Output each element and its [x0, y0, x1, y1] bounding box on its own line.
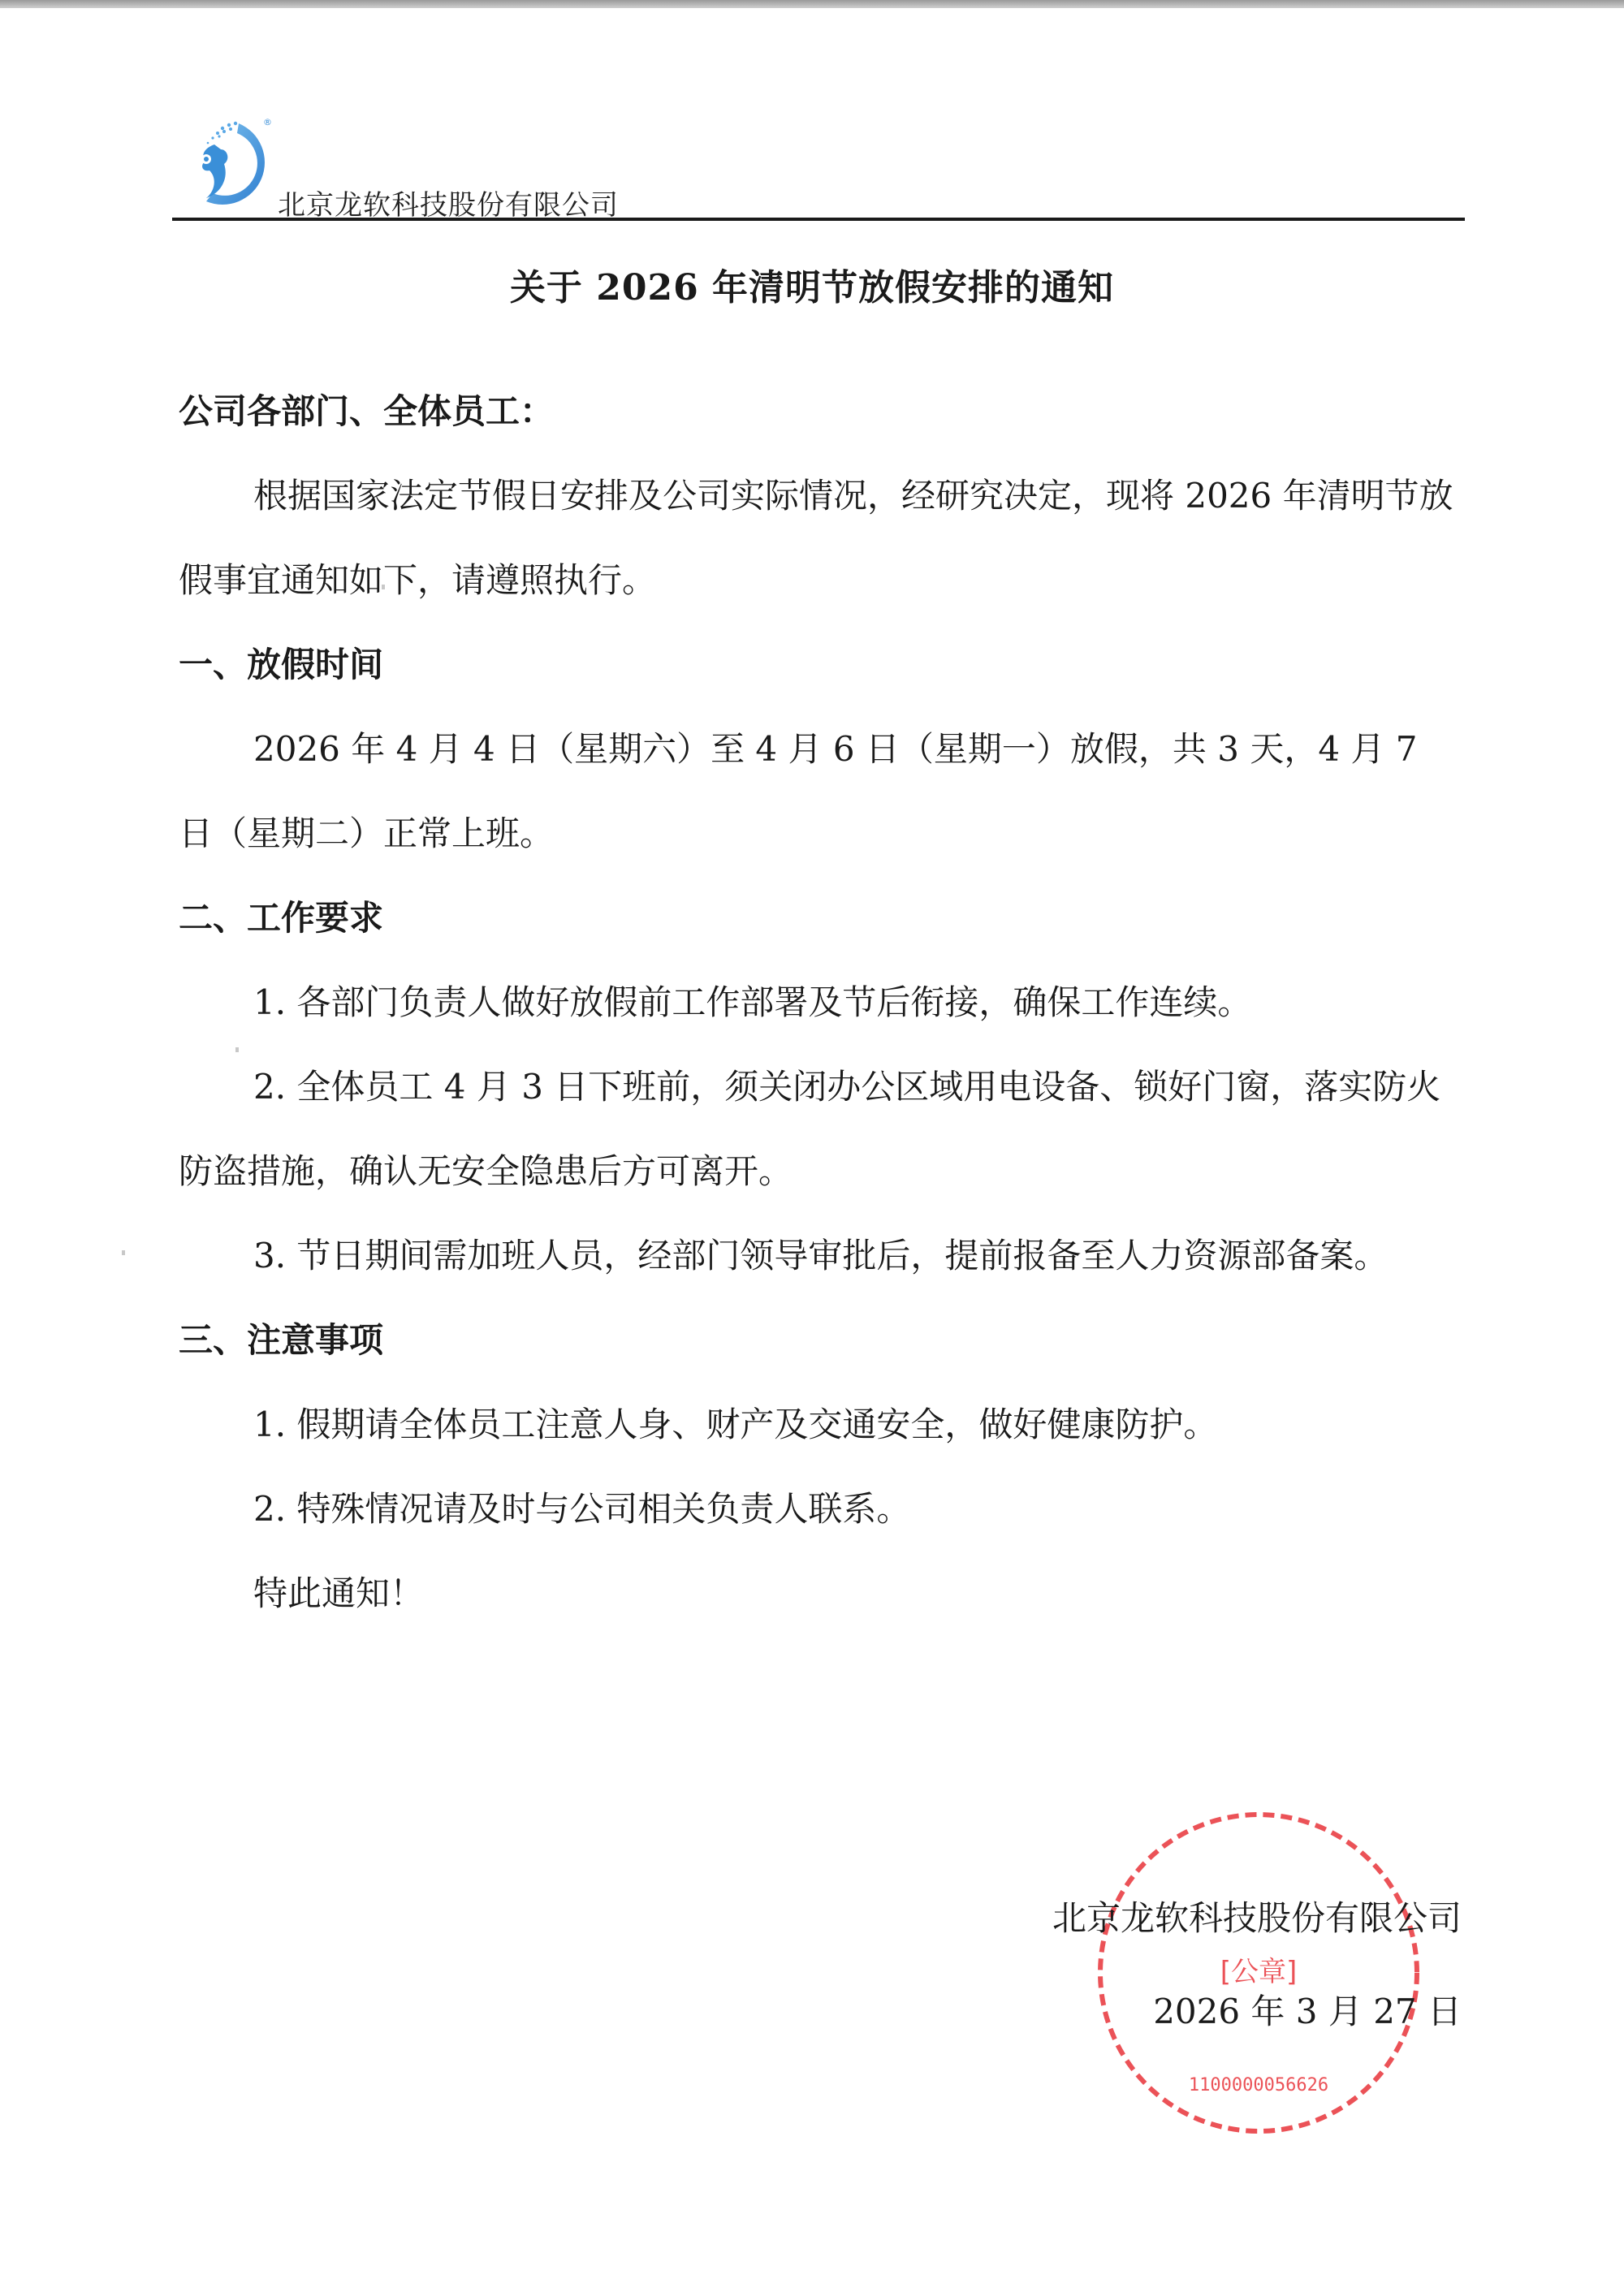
- holiday-time-paragraph: 2026 年 4 月 4 日（星期六）至 4 月 6 日（星期一）放假，共 3 …: [179, 707, 1462, 876]
- scan-speck: [122, 1250, 125, 1255]
- seal-label: [公章]: [1220, 1956, 1298, 1988]
- seal-placeholder: [公章] 1100000056626: [1092, 1806, 1425, 2139]
- note-item: 1. 假期请全体员工注意人身、财产及交通安全，做好健康防护。: [179, 1383, 1462, 1467]
- signature-company: 北京龙软科技股份有限公司: [1052, 1892, 1462, 1940]
- scan-edge-strip: [0, 0, 1624, 8]
- scan-speck: [235, 1047, 239, 1052]
- work-requirement-item: 3. 节日期间需加班人员，经部门领导审批后，提前报备至人力资源部备案。: [179, 1214, 1462, 1298]
- dragon-logo-icon: ®: [182, 114, 279, 211]
- document-title: 关于 2026 年清明节放假安排的通知: [0, 258, 1624, 310]
- section-heading-holiday-time: 一、放假时间: [179, 623, 1462, 707]
- note-item: 2. 特殊情况请及时与公司相关负责人联系。: [179, 1467, 1462, 1552]
- header-rule: [172, 218, 1465, 221]
- work-requirement-item: 2. 全体员工 4 月 3 日下班前，须关闭办公区域用电设备、锁好门窗，落实防火…: [179, 1045, 1462, 1214]
- document-body: 公司各部门、全体员工： 根据国家法定节假日安排及公司实际情况，经研究决定，现将 …: [179, 369, 1462, 1636]
- signature-date: 2026 年 3 月 27 日: [1153, 1985, 1462, 2034]
- intro-paragraph: 根据国家法定节假日安排及公司实际情况，经研究决定，现将 2026 年清明节放假事…: [179, 454, 1462, 623]
- work-requirement-item: 1. 各部门负责人做好放假前工作部署及节后衔接，确保工作连续。: [179, 960, 1462, 1045]
- letterhead-company-name: 北京龙软科技股份有限公司: [278, 183, 619, 222]
- section-heading-notes: 三、注意事项: [179, 1298, 1462, 1383]
- registered-mark: ®: [263, 117, 272, 127]
- section-heading-work-requirements: 二、工作要求: [179, 876, 1462, 960]
- salutation: 公司各部门、全体员工：: [179, 369, 1462, 454]
- letterhead: ® 北京龙软科技股份有限公司: [172, 106, 1465, 223]
- scan-speck: [382, 585, 385, 589]
- seal-code: 1100000056626: [1189, 2075, 1328, 2095]
- closing-line: 特此通知！: [179, 1552, 1462, 1636]
